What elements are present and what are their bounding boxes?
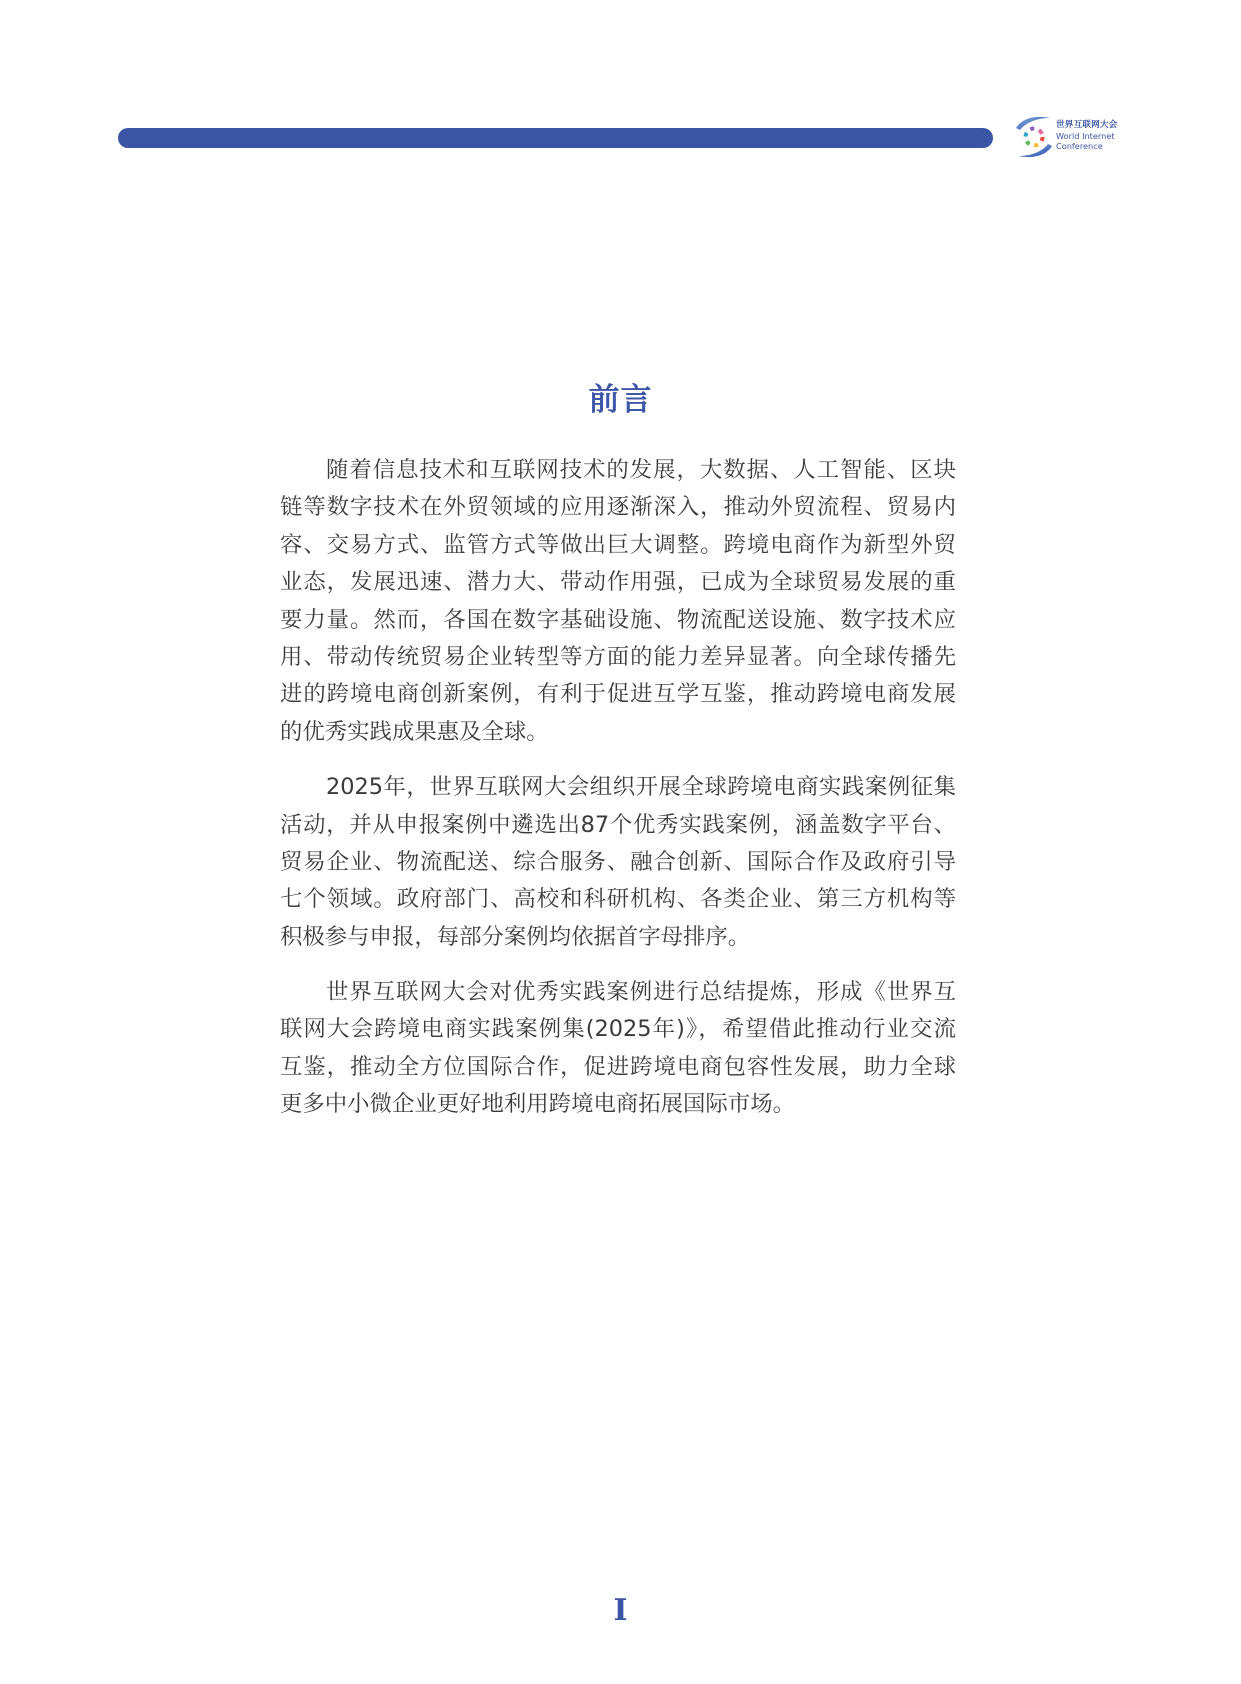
preface-body: 随着信息技术和互联网技术的发展，大数据、人工智能、区块 链等数字技术在外贸领域的… — [280, 452, 956, 1142]
logo-text: 世界互联网大会 World Internet Conference — [1056, 120, 1118, 151]
paragraph-line: 随着信息技术和互联网技术的发展，大数据、人工智能、区块 — [280, 452, 956, 489]
paragraph-3: 世界互联网大会对优秀实践案例进行总结提炼，形成《世界互 联网大会跨境电商实践案例… — [280, 974, 956, 1124]
logo-name-cn: 世界互联网大会 — [1056, 120, 1118, 131]
paragraph-line: 世界互联网大会对优秀实践案例进行总结提炼，形成《世界互 — [280, 974, 956, 1011]
paragraph-line: 用、带动传统贸易企业转型等方面的能力差异显著。向全球传播先 — [280, 639, 956, 676]
paragraph-line: 业态，发展迅速、潜力大、带动作用强，已成为全球贸易发展的重 — [280, 564, 956, 601]
paragraph-2: 2025年，世界互联网大会组织开展全球跨境电商实践案例征集 活动，并从申报案例中… — [280, 769, 956, 956]
paragraph-line: 链等数字技术在外贸领域的应用逐渐深入，推动外贸流程、贸易内 — [280, 489, 956, 526]
paragraph-line: 贸易企业、物流配送、综合服务、融合创新、国际合作及政府引导 — [280, 844, 956, 881]
paragraph-line: 积极参与申报，每部分案例均依据首字母排序。 — [280, 919, 956, 956]
paragraph-line: 的优秀实践成果惠及全球。 — [280, 714, 956, 751]
logo-name-en-line2: Conference — [1056, 141, 1118, 151]
paragraph-1: 随着信息技术和互联网技术的发展，大数据、人工智能、区块 链等数字技术在外贸领域的… — [280, 452, 956, 751]
paragraph-line: 进的跨境电商创新案例，有利于促进互学互鉴，推动跨境电商发展 — [280, 676, 956, 713]
page-title: 前言 — [0, 380, 1241, 420]
paragraph-line: 要力量。然而，各国在数字基础设施、物流配送设施、数字技术应 — [280, 602, 956, 639]
header-decorative-bar — [118, 128, 993, 148]
paragraph-line: 联网大会跨境电商实践案例集(2025年)》，希望借此推动行业交流 — [280, 1011, 956, 1048]
logo-name-en-line1: World Internet — [1056, 131, 1118, 141]
wic-logo: 世界互联网大会 World Internet Conference — [1012, 114, 1132, 160]
world-internet-conference-ring-icon — [1012, 114, 1056, 160]
paragraph-line: 2025年，世界互联网大会组织开展全球跨境电商实践案例征集 — [280, 769, 956, 806]
paragraph-line: 互鉴，推动全方位国际合作，促进跨境电商包容性发展，助力全球 — [280, 1049, 956, 1086]
page-number: I — [0, 1594, 1241, 1628]
paragraph-line: 活动，并从申报案例中遴选出87个优秀实践案例，涵盖数字平台、 — [280, 807, 956, 844]
paragraph-line: 容、交易方式、监管方式等做出巨大调整。跨境电商作为新型外贸 — [280, 527, 956, 564]
paragraph-line: 七个领域。政府部门、高校和科研机构、各类企业、第三方机构等 — [280, 881, 956, 918]
paragraph-line: 更多中小微企业更好地利用跨境电商拓展国际市场。 — [280, 1086, 956, 1123]
